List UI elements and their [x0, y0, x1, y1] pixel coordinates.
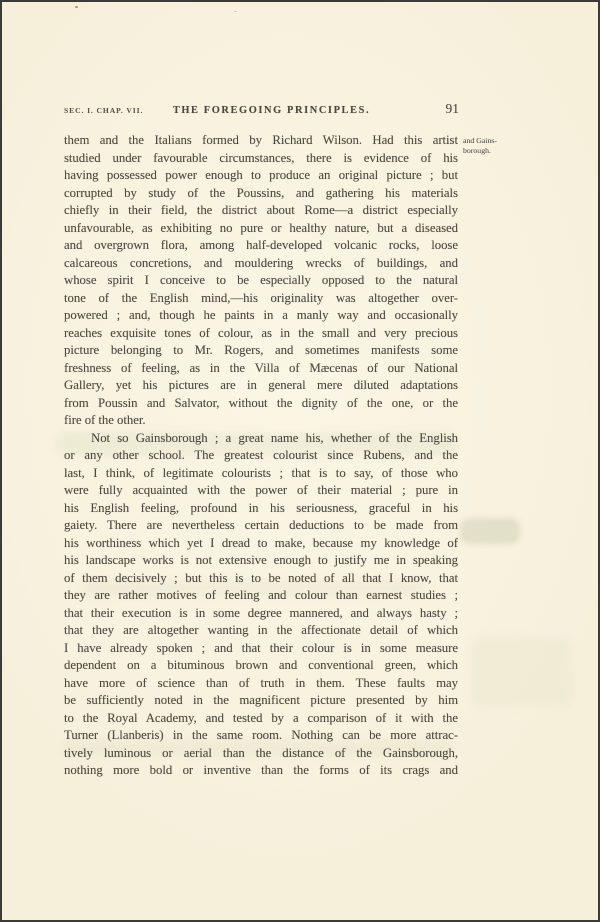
book-page-scan: SEC. I. CHAP. VII. THE FOREGOING PRINCIP… [0, 0, 600, 922]
text-line: Not so Gainsborough ; a great name his, … [64, 430, 458, 448]
margin-note: and Gains- borough. [463, 136, 525, 156]
text-line: fire of the other. [64, 412, 458, 430]
text-line: corrupted by study of the Poussins, and … [64, 185, 458, 203]
text-line: they are rather motives of feeling and c… [64, 587, 458, 605]
text-line: having possessed power enough to produce… [64, 167, 458, 185]
text-line: nothing more bold or inventive than the … [64, 762, 458, 780]
text-line: reaches exquisite tones of colour, as in… [64, 325, 458, 343]
text-line: studied under favourable circumstances, … [64, 150, 458, 168]
text-line: his worthiness which yet I dread to make… [64, 535, 458, 553]
text-line: picture belonging to Mr. Rogers, and som… [64, 342, 458, 360]
text-line: and overgrown flora, among half-develope… [64, 237, 458, 255]
text-line: or any other school. The greatest colour… [64, 447, 458, 465]
text-line: calcareous concretions, and mouldering w… [64, 255, 458, 273]
text-line: unfavourable, as exhibiting no pure or h… [64, 220, 458, 238]
text-line: powered ; and, though he paints in a man… [64, 307, 458, 325]
text-line: have more of science than of truth in th… [64, 675, 458, 693]
text-line: Turner (Llanberis) in the same room. Not… [64, 727, 458, 745]
margin-note-line: borough. [463, 146, 525, 156]
text-line: be sufficiently noted in the magnificent… [64, 692, 458, 710]
show-through-stain [472, 637, 572, 707]
text-line: them and the Italians formed by Richard … [64, 132, 458, 150]
text-line: that their execution is in some degree m… [64, 605, 458, 623]
running-head: SEC. I. CHAP. VII. THE FOREGOING PRINCIP… [64, 101, 459, 117]
text-line: last, I think, of legitimate colourists … [64, 465, 458, 483]
running-title: THE FOREGOING PRINCIPLES. [173, 105, 370, 116]
text-line: dependent on a bituminous brown and conv… [64, 657, 458, 675]
paper-speck [234, 11, 237, 12]
chapter-reference: SEC. I. CHAP. VII. [64, 106, 143, 115]
text-line: were fully acquainted with the power of … [64, 482, 458, 500]
text-line: to the Royal Academy, and tested by a co… [64, 710, 458, 728]
text-line: of them decisively ; but this is to be n… [64, 570, 458, 588]
text-line: freshness of feeling, as in the Villa of… [64, 360, 458, 378]
text-line: from Poussin and Salvator, without the d… [64, 395, 458, 413]
paper-speck [75, 6, 78, 8]
text-column: them and the Italians formed by Richard … [64, 132, 458, 780]
page-number: 91 [446, 101, 460, 117]
text-line: I have already spoken ; and that their c… [64, 640, 458, 658]
text-line: Gallery, yet his pictures are in general… [64, 377, 458, 395]
text-line: tively luminous or aerial than the dista… [64, 745, 458, 763]
show-through-stain [460, 518, 520, 544]
text-line: gaiety. There are nevertheless certain d… [64, 517, 458, 535]
text-line: his English feeling, profound in his ser… [64, 500, 458, 518]
text-line: his landscape works is not extensive eno… [64, 552, 458, 570]
text-line: whose spirit I conceive to be especially… [64, 272, 458, 290]
text-line: chiefly in their field, the district abo… [64, 202, 458, 220]
text-line: that they are altogether wanting in the … [64, 622, 458, 640]
margin-note-line: and Gains- [463, 136, 525, 146]
text-line: tone of the English mind,—his originalit… [64, 290, 458, 308]
